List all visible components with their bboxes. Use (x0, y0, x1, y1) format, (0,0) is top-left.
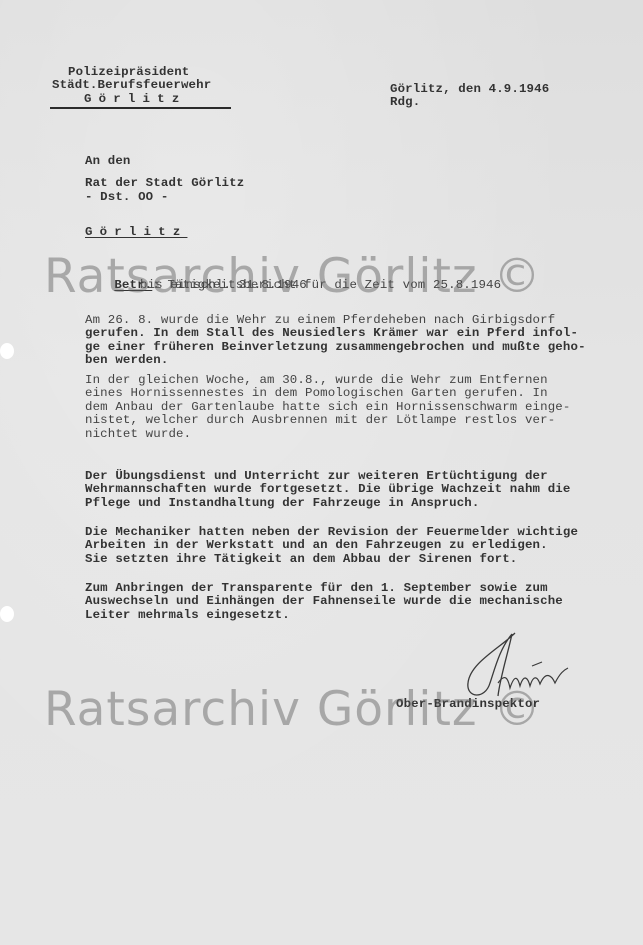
body-line: gerufen. In dem Stall des Neusiedlers Kr… (85, 327, 578, 340)
body-line: ben werden. (85, 354, 168, 367)
body-line: Die Mechaniker hatten neben der Revision… (85, 526, 578, 539)
body-line: ge einer früheren Beinverletzung zusamme… (85, 341, 586, 354)
watermark: Ratsarchiv Görlitz © (44, 682, 542, 737)
body-line: Zum Anbringen der Transparente für den 1… (85, 582, 548, 595)
letterhead-line-3: Görlitz (84, 93, 186, 106)
recipient-line-2: Rat der Stadt Görlitz (85, 177, 244, 190)
body-line: Wehrmannschaften wurde fortgesetzt. Die … (85, 483, 570, 496)
body-line: Pflege und Instandhaltung der Fahrzeuge … (85, 497, 479, 510)
recipient-line-3: - Dst. OO - (85, 191, 168, 204)
body-line: Auswechseln und Einhängen der Fahnenseil… (85, 595, 563, 608)
document-page: Polizeipräsident Städt.Berufsfeuerwehr G… (0, 0, 643, 945)
body-line: Leiter mehrmals eingesetzt. (85, 609, 290, 622)
watermark: Ratsarchiv Görlitz © (44, 249, 542, 304)
punch-hole (0, 606, 14, 622)
reference-mark: Rdg. (390, 96, 420, 109)
body-line: dem Anbau der Gartenlaube hatte sich ein… (85, 401, 570, 414)
body-line: In der gleichen Woche, am 30.8., wurde d… (85, 374, 548, 387)
body-line: Arbeiten in der Werkstatt und an den Fah… (85, 539, 548, 552)
punch-hole (0, 343, 14, 359)
body-line: nistet, welcher durch Ausbrennen mit der… (85, 414, 555, 427)
body-line: Der Übungsdienst und Unterricht zur weit… (85, 470, 548, 483)
body-line: Sie setzten ihre Tätigkeit an dem Abbau … (85, 553, 517, 566)
letterhead-line-2: Städt.Berufsfeuerwehr (52, 79, 211, 92)
body-line: Am 26. 8. wurde die Wehr zu einem Pferde… (85, 314, 555, 327)
body-line: eines Hornissennestes in dem Pomologisch… (85, 387, 548, 400)
letterhead-underline (50, 107, 231, 109)
recipient-line-1: An den (85, 155, 131, 168)
recipient-city: Görlitz (85, 226, 187, 239)
body-line: nichtet wurde. (85, 428, 191, 441)
